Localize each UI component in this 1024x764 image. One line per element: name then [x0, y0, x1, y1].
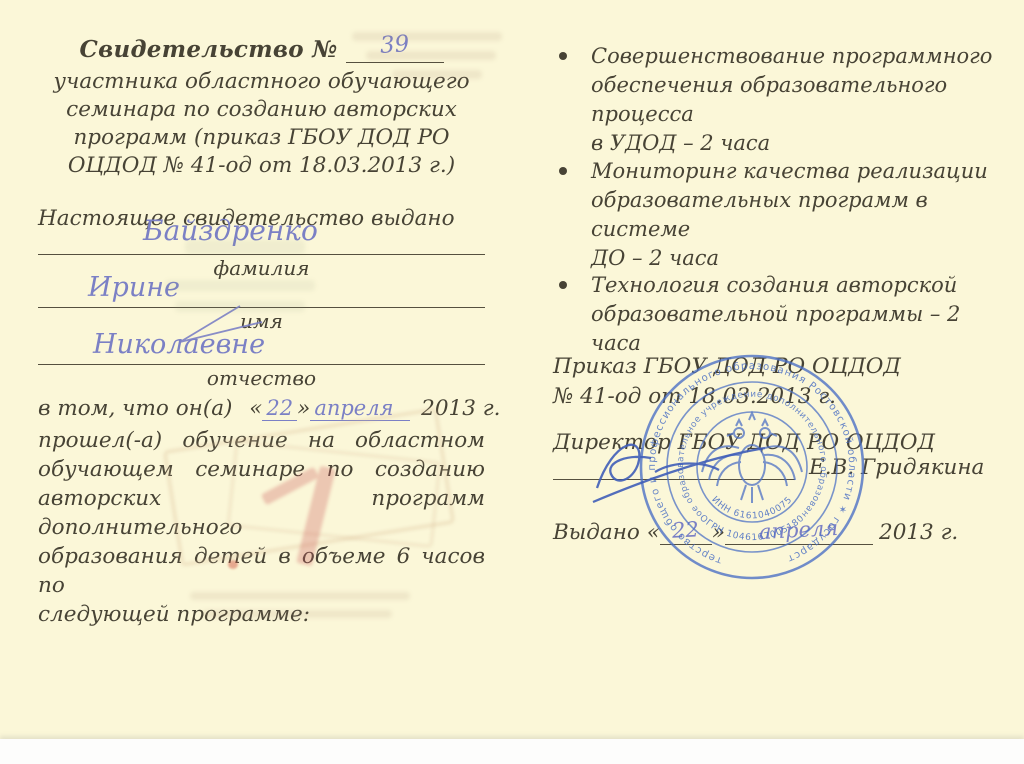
- date-suffix: 2013 г.: [421, 396, 500, 421]
- certificate-title-row: Свидетельство № 39: [38, 32, 485, 63]
- subtitle-line-4: ОЦДОД № 41-од от 18.03.2013 г.): [38, 152, 485, 180]
- body-line-5: следующей программе:: [38, 600, 485, 629]
- body-line-4: образования детей в объеме 6 часов по: [38, 542, 485, 600]
- bullet-dot-icon: [559, 281, 567, 289]
- director-signature-stroke: [583, 408, 793, 523]
- bullet2-line3: ДО – 2 часа: [591, 244, 1000, 273]
- subtitle-line-2: семинара по созданию авторских: [38, 96, 485, 124]
- bullet2-line1: Мониторинг качества реализации: [591, 157, 1000, 186]
- bullet1-line1: Совершенствование программного: [591, 42, 1000, 71]
- bullet1-line2: обеспечения образовательного процесса: [591, 71, 1000, 129]
- bullet1-line3: в УДОД – 2 часа: [591, 129, 1000, 158]
- certificate-title: Свидетельство №: [79, 36, 337, 63]
- date-month-handwritten: апреля: [310, 396, 410, 421]
- scan-edge-strip: [0, 739, 1024, 764]
- program-bullet-3: Технология создания авторской образовате…: [545, 271, 1000, 358]
- seminar-date-row: в том, что он(а) «22»апреля 2013 г.: [38, 396, 485, 421]
- body-line-2: обучающем семинаре по созданию: [38, 455, 485, 484]
- bullet2-line2: образовательных программ в системе: [591, 186, 1000, 244]
- surname-field: Байздренко: [38, 216, 485, 254]
- body-line-3: авторских программ дополнительного: [38, 484, 485, 542]
- certificate-subtitle: участника областного обучающего семинара…: [38, 68, 485, 180]
- certificate-left-page: Свидетельство № 39 участника областного …: [38, 30, 485, 650]
- subtitle-line-3: программ (приказ ГБОУ ДОД РО: [38, 124, 485, 152]
- quote-close: »: [297, 396, 310, 421]
- patronymic-label: отчество: [38, 366, 485, 390]
- program-bullet-1: Совершенствование программного обеспечен…: [545, 42, 1000, 158]
- body-line-1: прошел(-а) обучение на областном: [38, 426, 485, 455]
- surname-flourish-stroke: [170, 302, 330, 362]
- subtitle-line-1: участника областного обучающего: [38, 68, 485, 96]
- quote-open: «: [249, 396, 262, 421]
- surname-handwritten: Байздренко: [38, 216, 485, 255]
- certificate-number-handwritten: 39: [379, 31, 410, 59]
- issued-suffix: 2013 г.: [879, 520, 958, 545]
- certificate-body-paragraph: прошел(-а) обучение на областном обучающ…: [38, 426, 485, 629]
- bullet-dot-icon: [559, 52, 567, 60]
- bullet3-line1: Технология создания авторской: [591, 271, 1000, 300]
- date-day-handwritten: 22: [262, 396, 297, 421]
- date-prefix: в том, что он(а): [38, 396, 232, 421]
- program-bullet-2: Мониторинг качества реализации образоват…: [545, 157, 1000, 273]
- certificate-number-line: 39: [346, 32, 444, 63]
- bullet-dot-icon: [559, 167, 567, 175]
